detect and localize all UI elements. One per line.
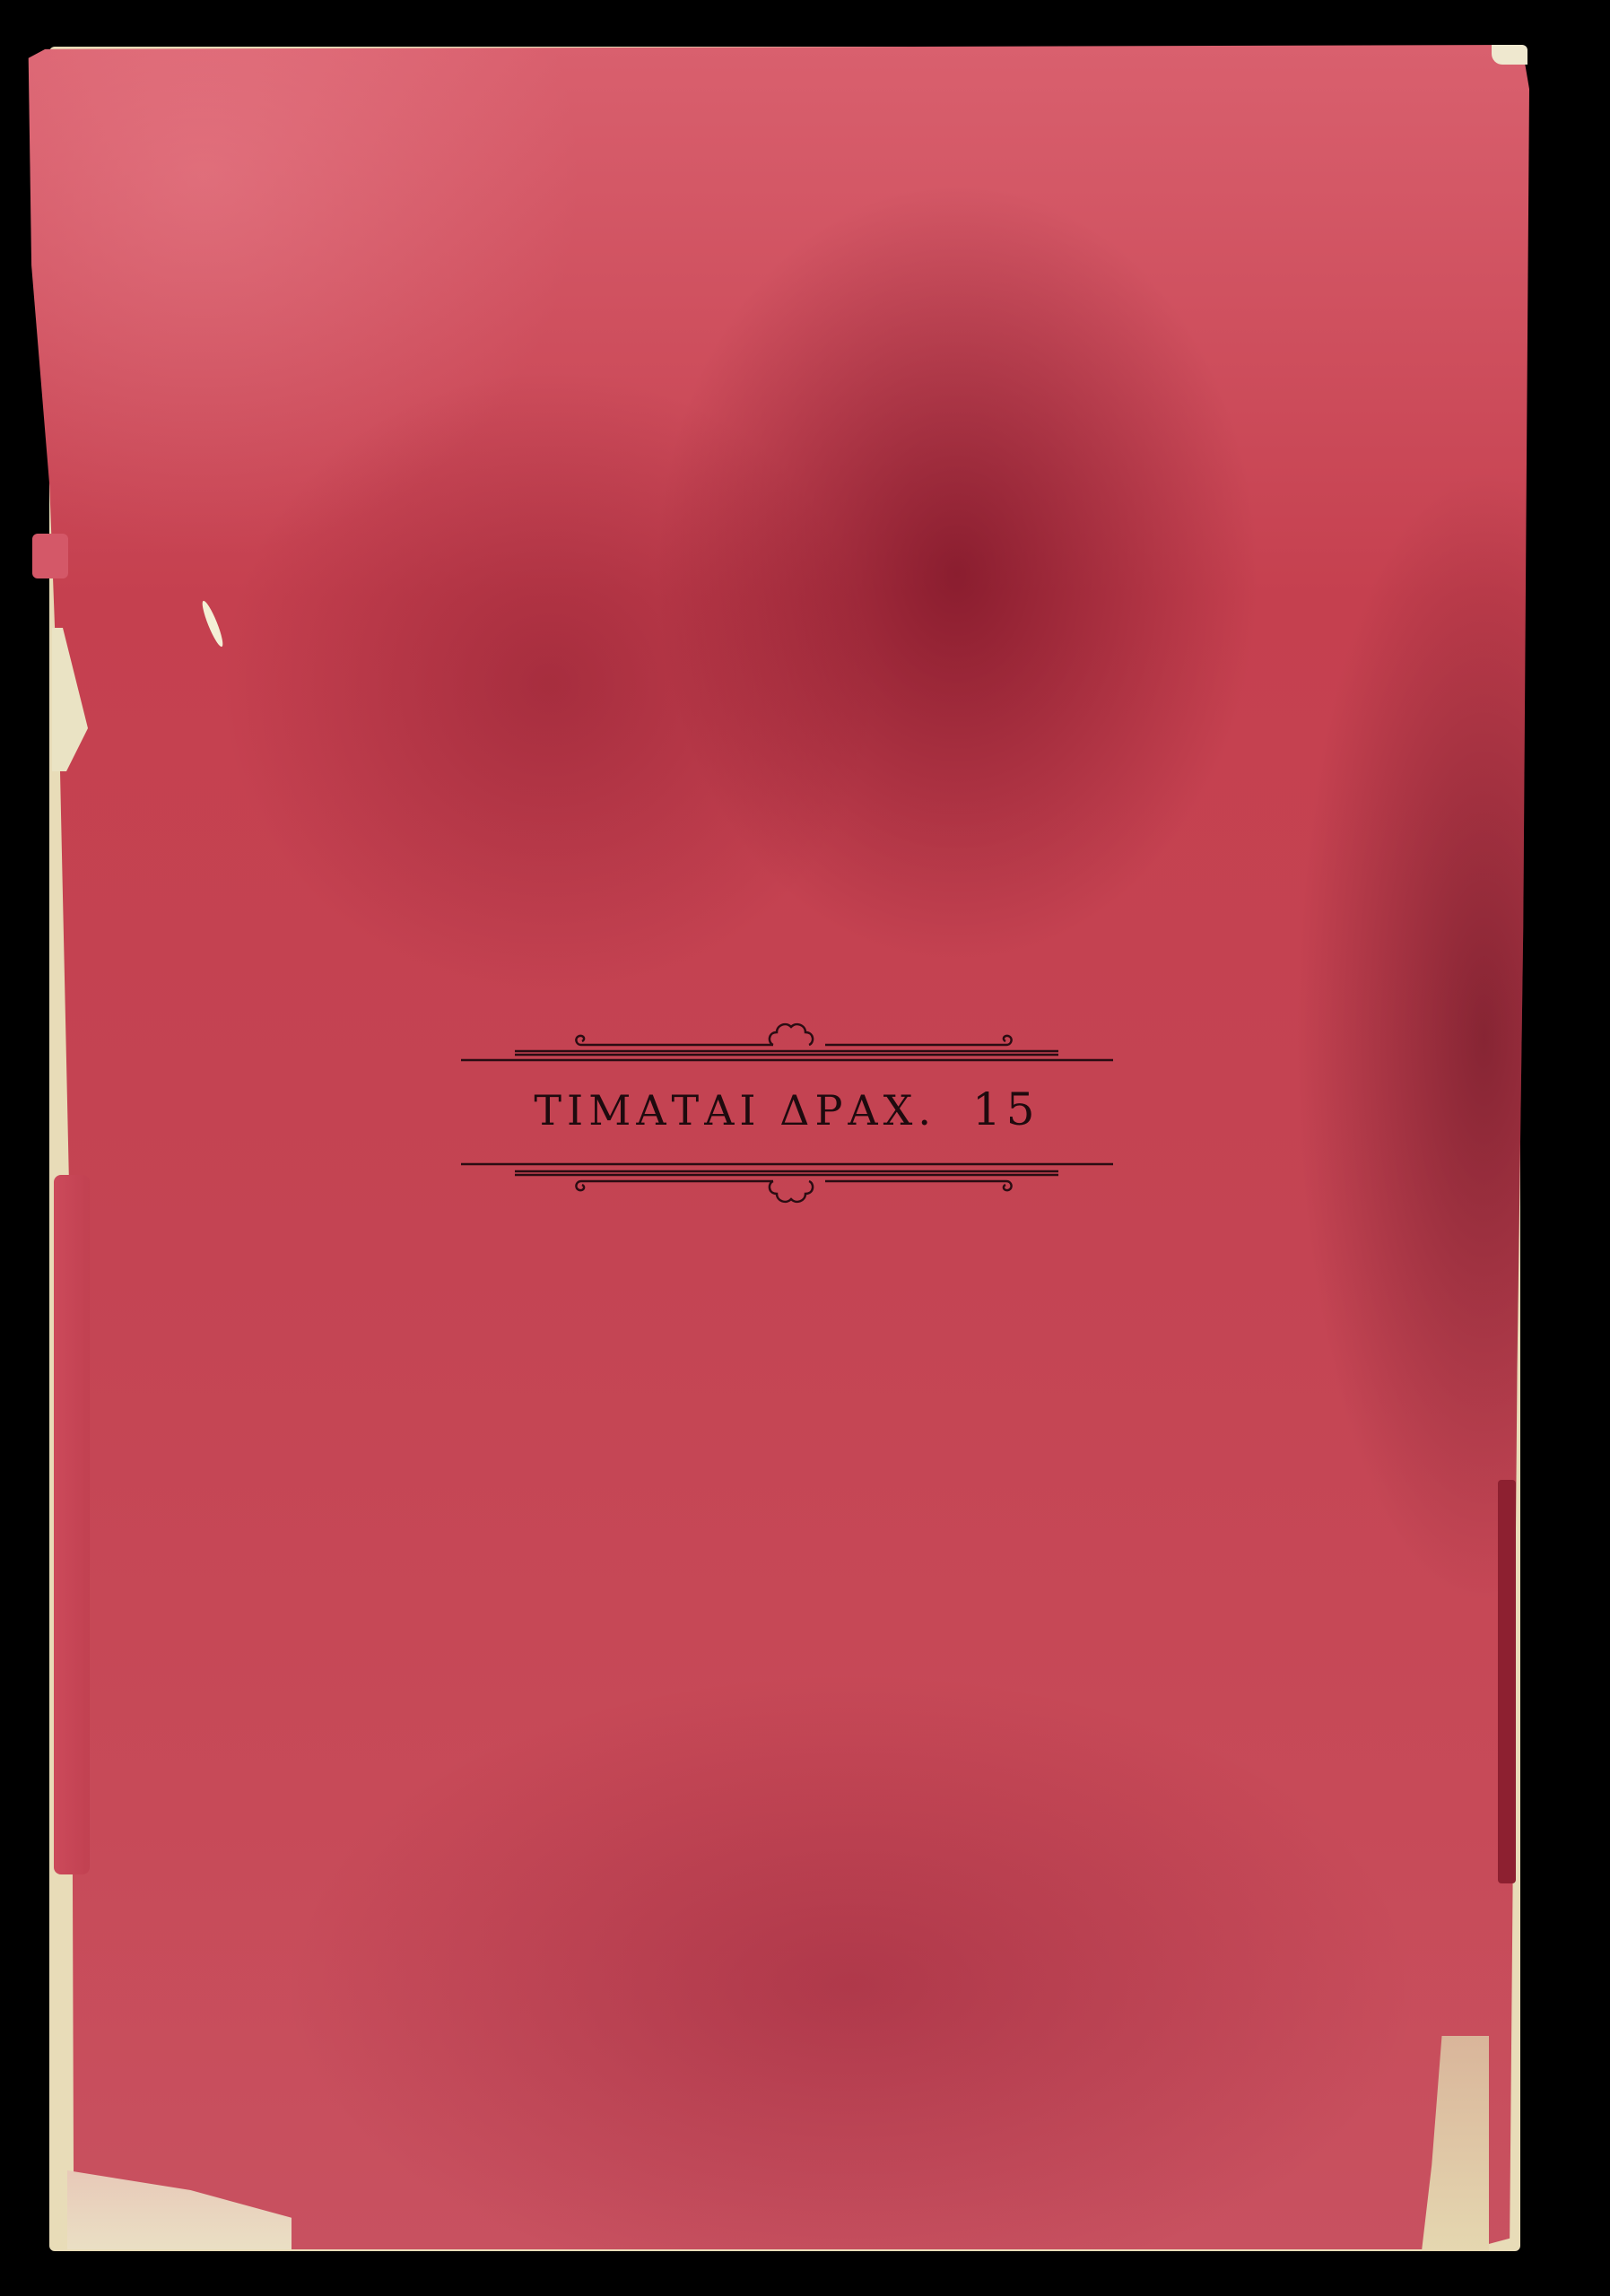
spine-flap-upper [32,534,68,578]
price-label: ΤΙΜΑΤΑΙ ΔΡΑΧ.15 [457,1013,1117,1211]
spine-flap-lower [54,1175,90,1874]
price-value: 15 [972,1083,1040,1135]
edge-flap-right [1498,1480,1516,1883]
worn-corner-top-right [1492,45,1527,65]
price-caption: ΤΙΜΑΤΑΙ ΔΡΑΧ. [534,1086,936,1135]
price-text: ΤΙΜΑΤΑΙ ΔΡΑΧ.15 [457,1083,1117,1135]
